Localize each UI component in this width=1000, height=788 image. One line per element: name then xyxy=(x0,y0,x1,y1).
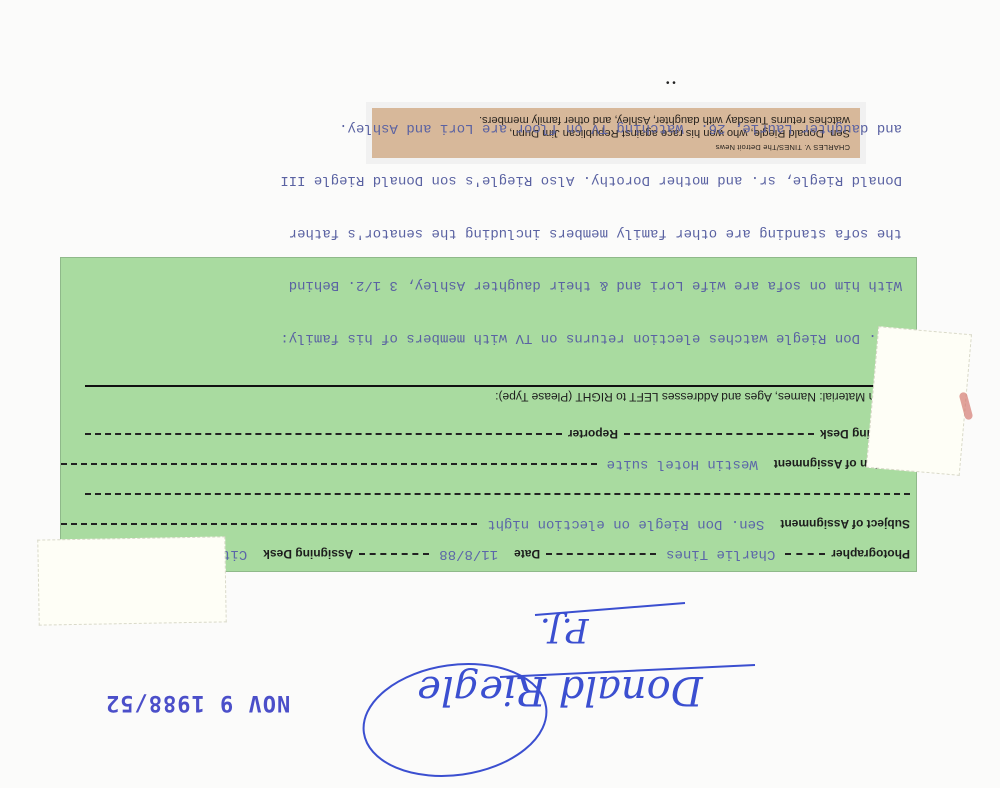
caption-line: Sen. Don Riegle watches election returns… xyxy=(85,329,902,347)
caption-line: the sofa standing are other family membe… xyxy=(85,224,902,242)
caption-line: With him on sofa are wife Lori and & the… xyxy=(85,276,902,294)
caption-body: Sen. Don Riegle watches election returns… xyxy=(85,84,902,382)
reporter-label: Reporter xyxy=(562,427,624,441)
assigning-desk-label: Assigning Desk xyxy=(257,547,359,561)
subject-value: Sen. Don Riegle on election night xyxy=(477,516,774,532)
signature-initials: P.J. xyxy=(540,610,589,650)
subject-row: Subject of Assignment Sen. Don Riegle on… xyxy=(61,513,916,535)
caption-line: Donald Riegle, sr. and mother Dorothy. A… xyxy=(85,171,902,189)
date-label: Date xyxy=(508,547,546,561)
caption-rule xyxy=(85,385,916,387)
location-value: Westin Hotel suite xyxy=(597,456,768,472)
caption-label-row: Caption Material: Names, Ages and Addres… xyxy=(61,386,916,408)
caption-line: and daughter Laurie, 26. Watching TV on … xyxy=(85,119,902,137)
date-stamp: NOV 9 1988/52 xyxy=(105,690,290,715)
subject-label: Subject of Assignment xyxy=(774,517,916,531)
caption-material-label: Caption Material: Names, Ages and Addres… xyxy=(489,390,916,404)
blank-row xyxy=(61,483,916,505)
date-value: 11/8/88 xyxy=(429,546,508,562)
tape-piece xyxy=(37,536,226,625)
assignment-card: Photographer Charlie Tines Date 11/8/88 … xyxy=(60,257,917,572)
photographer-value: Charlie Tines xyxy=(656,546,785,562)
photographer-label: Photographer xyxy=(825,547,916,561)
tape-piece xyxy=(866,326,972,476)
location-row: Location of Assignment Westin Hotel suit… xyxy=(61,453,916,475)
desk-reporter-row: Assigning Desk Reporter xyxy=(61,423,916,445)
